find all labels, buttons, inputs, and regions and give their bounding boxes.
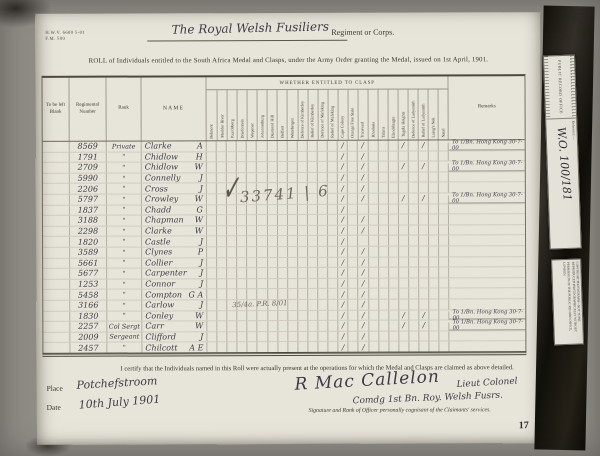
rank-cell: "	[106, 247, 141, 257]
initial: P	[198, 248, 203, 257]
clasp-cell	[277, 289, 287, 299]
clasp-cell	[428, 257, 438, 267]
clasp-cell	[327, 141, 337, 151]
clasp-cell	[297, 204, 307, 214]
clasp-cell: /	[358, 310, 368, 320]
public-record-office-text: PUBLIC RECORD OFFICE	[557, 60, 563, 114]
clasp-cell	[317, 332, 327, 342]
clasp-cell	[206, 290, 216, 300]
rank-cell: "	[106, 300, 141, 310]
clasp-cell: /	[337, 151, 347, 161]
rank-cell: "	[106, 173, 141, 183]
clasp-column-header: Relief of Kimberley	[307, 90, 317, 140]
clasp-cell	[347, 194, 357, 204]
clasp-cell	[317, 279, 327, 289]
clasp-cell	[277, 311, 287, 321]
clasp-cell: /	[418, 310, 428, 320]
clasp-cell	[286, 152, 296, 162]
name-cell: ChidlowH	[141, 152, 206, 162]
clasp-cell	[368, 278, 378, 288]
clasp-cell	[378, 236, 388, 246]
clasp-cell	[408, 215, 418, 225]
regimental-number-cell: 5458	[69, 290, 106, 300]
clasp-cell	[276, 173, 286, 183]
rank-cell: "	[106, 184, 141, 194]
clasp-cell: /	[337, 141, 347, 151]
clasp-cell	[408, 289, 418, 299]
clasp-cell	[267, 279, 277, 289]
surname: Chilcott	[145, 343, 177, 352]
remark-cell	[448, 225, 525, 235]
clasp-cell	[377, 151, 387, 161]
blank-cell	[43, 163, 69, 173]
clasp-cell	[438, 310, 448, 320]
clasp-cell	[398, 225, 408, 235]
clasp-cell	[256, 215, 266, 225]
clasp-cell	[297, 173, 307, 183]
clasp-cell	[237, 332, 247, 342]
clasp-cell: /	[357, 194, 367, 204]
initial: J	[200, 269, 203, 278]
clasp-cell	[377, 141, 387, 151]
clasp-column-header: Rhodesia	[368, 90, 378, 140]
rank-cell: "	[106, 163, 141, 173]
clasp-cell	[287, 310, 297, 320]
remark-cell: To 1/Bn. Hong Kong 30-7-00	[448, 163, 525, 171]
clasp-cell	[276, 162, 286, 172]
pro-reference-label: PUBLIC RECORD OFFICE Reference:— W.O. 10…	[543, 55, 582, 250]
clasp-cell	[418, 172, 428, 182]
clasp-cell	[388, 194, 398, 204]
clasp-cell	[408, 299, 418, 309]
clasp-cell: /	[338, 310, 348, 320]
clasp-cell	[368, 321, 378, 331]
initial: W	[195, 226, 203, 235]
clasp-cell	[347, 257, 357, 267]
clasp-cell	[237, 342, 247, 352]
clasp-cell	[428, 278, 438, 288]
document-paper: H.W.V. 6600 5-01 F.M. 500 The Royal Wels…	[35, 12, 542, 445]
clasp-cell	[267, 236, 277, 246]
clasp-cell	[297, 257, 307, 267]
clasp-cell	[368, 257, 378, 267]
clasp-cell	[428, 140, 438, 150]
initial: J	[200, 279, 203, 288]
clasp-cell	[348, 310, 358, 320]
clasp-column-header: Elandslaagte	[388, 90, 398, 140]
clasp-cell	[227, 342, 237, 352]
clasp-cell	[368, 289, 378, 299]
remark-cell	[449, 341, 526, 351]
clasp-cell	[287, 226, 297, 236]
clasp-cell	[216, 258, 226, 268]
clasp-cell	[438, 268, 448, 278]
name-cell: ChilcottA E	[141, 343, 206, 353]
clasp-cell	[428, 204, 438, 214]
clasp-cell: /	[357, 183, 367, 193]
clasp-cell	[317, 342, 327, 352]
clasp-cell	[378, 300, 388, 310]
clasp-cell	[307, 257, 317, 267]
clasp-cell	[206, 152, 216, 162]
remark-cell	[448, 204, 525, 214]
clasp-column-header: Tugela Heights	[398, 90, 408, 140]
clasp-cell	[438, 215, 448, 225]
clasp-cell	[277, 279, 287, 289]
clasp-cell	[438, 225, 448, 235]
initial: W	[195, 311, 203, 320]
scanned-medal-roll-page: H.W.V. 6600 5-01 F.M. 500 The Royal Wels…	[0, 0, 600, 456]
clasp-cell	[408, 268, 418, 278]
clasp-cell	[317, 289, 327, 299]
clasp-cell	[428, 246, 438, 256]
clasp-cell: /	[337, 162, 347, 172]
clasp-cell	[287, 279, 297, 289]
clasp-cell	[348, 342, 358, 352]
blank-cell	[43, 269, 69, 279]
remark-cell	[448, 183, 525, 193]
clasp-cell	[227, 321, 237, 331]
clasp-cell	[307, 215, 317, 225]
clasp-cell: /	[357, 162, 367, 172]
initial: A E	[189, 343, 203, 352]
surname: Connelly	[145, 173, 181, 182]
rank-cell: Private	[106, 142, 141, 152]
clasp-cell	[408, 151, 418, 161]
clasp-cell	[428, 172, 438, 182]
clasp-cell	[287, 321, 297, 331]
clasp-cell: /	[398, 162, 408, 172]
clasp-cell	[236, 215, 246, 225]
clasp-cell	[438, 321, 448, 331]
rank-cell: "	[106, 279, 141, 289]
clasp-cell	[297, 310, 307, 320]
clasp-cell: /	[398, 321, 408, 331]
surname: Clynes	[145, 248, 172, 257]
clasp-cell	[367, 194, 377, 204]
clasp-cell	[327, 162, 337, 172]
clasp-cell: /	[358, 257, 368, 267]
blank-cell	[43, 152, 69, 162]
clasp-cell	[317, 151, 327, 161]
signature-caption: Signature and Rank of Officer personally…	[309, 407, 539, 414]
form-reference: H.W.V. 6600 5-01 F.M. 500	[45, 30, 85, 42]
regimental-number-cell: 5797	[69, 195, 106, 205]
blank-cell	[43, 184, 69, 194]
clasp-cell	[277, 205, 287, 215]
clasp-cell	[236, 268, 246, 278]
initial: G A	[188, 290, 203, 299]
remark-cell	[448, 278, 525, 288]
name-cell: CarrW	[141, 321, 206, 331]
clasp-cell	[378, 331, 388, 341]
clasp-cell	[307, 204, 317, 214]
clasp-cell	[428, 289, 438, 299]
clasp-cell	[347, 151, 357, 161]
clasp-cell	[266, 152, 276, 162]
clasp-cell	[267, 258, 277, 268]
clasp-cell	[216, 247, 226, 257]
rank-cell: Sergeant	[106, 332, 141, 342]
clasp-cell	[327, 268, 337, 278]
clasp-cell	[368, 236, 378, 246]
clasp-cell	[297, 236, 307, 246]
clasp-column-header: Defence of Mafeking	[317, 90, 327, 140]
clasp-cell	[226, 226, 236, 236]
clasp-cell	[327, 257, 337, 267]
clasp-cell	[347, 173, 357, 183]
clasp-cell	[398, 204, 408, 214]
clasp-cell	[226, 141, 236, 151]
clasp-cell	[317, 321, 327, 331]
blank-cell	[43, 142, 69, 152]
regimental-number-cell: 3589	[69, 248, 106, 258]
name-cell: ComptonG A	[141, 290, 206, 300]
clasp-cell	[388, 215, 398, 225]
initial: J	[200, 173, 203, 182]
clasp-cell	[328, 342, 338, 352]
clasp-header-group: WHETHER ENTITLED TO CLASP BelmontModder …	[205, 76, 448, 140]
surname: Chapman	[145, 216, 184, 225]
clasp-cell: /	[337, 183, 347, 193]
clasp-cell	[348, 300, 358, 310]
clasp-cell	[277, 258, 287, 268]
clasp-column-header: Johannesburg	[257, 90, 267, 140]
rank-cell: "	[106, 237, 141, 247]
clasp-cell: /	[337, 215, 347, 225]
clasp-cell	[206, 343, 216, 353]
clasp-cell	[287, 236, 297, 246]
blank-cell	[43, 301, 69, 311]
blank-cell	[43, 216, 69, 226]
clasp-cell: /	[358, 342, 368, 352]
clasp-cell	[266, 205, 276, 215]
clasp-cell	[408, 162, 418, 172]
surname: Collier	[145, 258, 172, 267]
clasp-cell	[237, 321, 247, 331]
clasp-cell	[216, 162, 226, 172]
clasp-cell	[367, 162, 377, 172]
blank-cell	[43, 322, 69, 332]
clasp-cell	[408, 204, 418, 214]
surname: Chidlow	[145, 152, 178, 161]
form-reference-line2: F.M. 500	[45, 36, 85, 42]
clasp-cell	[277, 247, 287, 257]
surname: Compton	[145, 290, 182, 299]
clasp-cell	[408, 310, 418, 320]
surname: Conley	[145, 311, 173, 320]
officer-rank-handwritten: Lieut Colonel	[456, 377, 518, 390]
name-cell: ChidlowW	[141, 162, 206, 172]
clasp-cell	[378, 204, 388, 214]
clasp-cell	[307, 321, 317, 331]
rank-cell: "	[106, 226, 141, 236]
clasp-cell	[378, 278, 388, 288]
remark-cell	[448, 267, 525, 277]
clasp-cell	[327, 247, 337, 257]
name-cell: ConnellyJ	[141, 173, 206, 183]
remark-cell	[448, 246, 525, 256]
clasp-cell	[408, 321, 418, 331]
clasp-cell	[347, 204, 357, 214]
clasp-cell	[418, 246, 428, 256]
clasp-cell	[418, 225, 428, 235]
clasp-cell	[357, 236, 367, 246]
clasp-cell	[206, 279, 216, 289]
name-cell: CollierJ	[141, 258, 206, 268]
blank-cell	[43, 311, 69, 321]
clasp-cell	[206, 311, 216, 321]
initial: J	[200, 184, 203, 193]
clasp-cell	[378, 268, 388, 278]
clasp-cell	[408, 257, 418, 267]
header-rank: Rank	[105, 78, 140, 141]
clasp-cell	[226, 152, 236, 162]
clasp-cell	[287, 162, 297, 172]
clasp-cell	[367, 141, 377, 151]
clasp-cell	[257, 342, 267, 352]
clasp-headers: BelmontModder RiverPaardebergDriefontein…	[207, 89, 449, 140]
clasp-cell: /	[338, 321, 348, 331]
rank-cell: "	[106, 290, 141, 300]
clasp-cell	[378, 342, 388, 352]
clasp-cell	[226, 311, 236, 321]
clasp-column-header: Talana	[378, 90, 388, 140]
clasp-cell	[287, 300, 297, 310]
clasp-cell	[418, 236, 428, 246]
clasp-cell	[216, 311, 226, 321]
clasp-cell	[367, 151, 377, 161]
clasp-cell	[428, 342, 438, 352]
initial: W	[195, 216, 203, 225]
initial: W	[195, 163, 203, 172]
clasp-cell	[237, 311, 247, 321]
clasp-cell	[307, 332, 317, 342]
surname: Chadd	[145, 205, 171, 214]
page-number-printed: 17	[519, 420, 529, 431]
clasp-cell	[317, 173, 327, 183]
clasp-cell	[206, 215, 216, 225]
name-cell: ClarkeA	[141, 141, 206, 151]
regimental-number-cell: 3166	[69, 301, 106, 311]
clasp-cell: /	[358, 300, 368, 310]
clasp-cell	[347, 215, 357, 225]
surname: Carpenter	[145, 269, 187, 278]
clasp-cell	[307, 141, 317, 151]
clasp-cell	[388, 321, 398, 331]
rank-cell: "	[106, 343, 141, 353]
clasp-cell	[408, 278, 418, 288]
clasp-cell	[438, 140, 448, 150]
clasp-cell	[398, 183, 408, 193]
clasp-cell	[226, 247, 236, 257]
clasp-cell: /	[337, 300, 347, 310]
clasp-cell	[247, 321, 257, 331]
clasp-cell	[277, 215, 287, 225]
medal-roll-table: To be left Blank Regimental Number Rank …	[41, 74, 526, 355]
clasp-cell	[327, 332, 337, 342]
clasp-cell	[378, 257, 388, 267]
clasp-cell	[267, 268, 277, 278]
clasp-cell: /	[357, 247, 367, 257]
blank-cell	[43, 195, 69, 205]
clasp-cell	[428, 183, 438, 193]
clasp-column-header: Driefontein	[237, 90, 247, 140]
clasp-column-header: Cape Colony	[337, 90, 347, 140]
clasp-cell	[388, 300, 398, 310]
clasp-cell	[428, 193, 438, 203]
initial: J	[200, 258, 203, 267]
clasp-cell	[287, 215, 297, 225]
clasp-cell	[287, 342, 297, 352]
clasp-cell	[266, 162, 276, 172]
clasp-cell	[226, 237, 236, 247]
clasp-cell: /	[338, 342, 348, 352]
clasp-cell	[327, 151, 337, 161]
ruler-scale: PUBLIC RECORD OFFICE	[544, 56, 576, 120]
clasp-cell: /	[337, 289, 347, 299]
clasp-cell	[206, 332, 216, 342]
clasp-cell: /	[337, 226, 347, 236]
clasp-cell: /	[337, 204, 347, 214]
clasp-cell	[378, 310, 388, 320]
clasp-cell	[378, 215, 388, 225]
name-cell: CarlowJ	[141, 300, 206, 310]
clasp-cell	[317, 226, 327, 236]
initial: A	[197, 142, 203, 151]
remark-cell	[448, 214, 525, 224]
clasp-cell	[257, 289, 267, 299]
clasp-cell: /	[358, 331, 368, 341]
clasp-column-header: Belfast	[277, 90, 287, 140]
clasp-cell	[398, 299, 408, 309]
remark-cell	[448, 172, 525, 182]
clasp-cell	[438, 257, 448, 267]
clasp-cell	[236, 236, 246, 246]
clasp-cell	[317, 257, 327, 267]
clasp-cell	[277, 226, 287, 236]
clasp-cell	[348, 321, 358, 331]
surname: Clifford	[145, 332, 176, 341]
clasp-column-header: Orange Free State	[347, 90, 357, 140]
clasp-cell	[378, 225, 388, 235]
clasp-cell	[398, 215, 408, 225]
table-body: 8569PrivateClarkeA////To 1/Bn. Hong Kong…	[43, 140, 526, 354]
clasp-cell	[216, 237, 226, 247]
clasp-cell	[368, 268, 378, 278]
clasp-cell	[256, 173, 266, 183]
clasp-cell	[287, 289, 297, 299]
clasp-cell	[256, 162, 266, 172]
clasp-cell	[266, 141, 276, 151]
rank-cell: "	[106, 269, 141, 279]
clasp-cell	[368, 247, 378, 257]
clasp-cell	[327, 226, 337, 236]
clasp-cell	[428, 299, 438, 309]
rank-cell: "	[106, 311, 141, 321]
header-regimental-number: Regimental Number	[68, 78, 105, 141]
clasp-cell	[368, 331, 378, 341]
clasp-column-header: Belmont	[207, 90, 217, 140]
regimental-number-cell: 1253	[69, 279, 106, 289]
clasp-cell	[206, 162, 216, 172]
clasp-cell	[388, 257, 398, 267]
clasp-cell	[206, 237, 216, 247]
clasp-cell	[317, 215, 327, 225]
clasp-cell	[226, 279, 236, 289]
regiment-name-handwritten: The Royal Welsh Fusiliers	[155, 19, 345, 37]
initial: J	[200, 237, 203, 246]
